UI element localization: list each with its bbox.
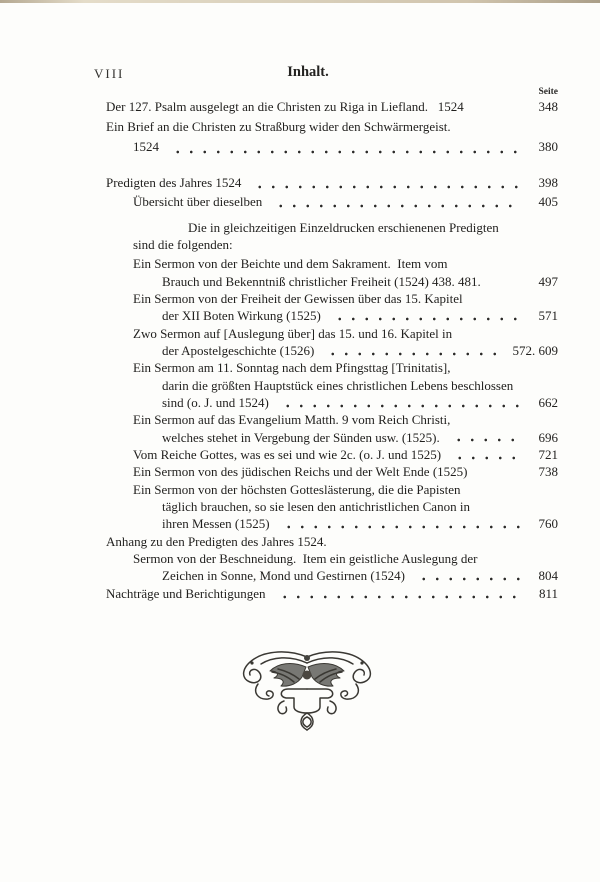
- toc-line-text: Ein Sermon auf das Evangelium Matth. 9 v…: [133, 411, 558, 428]
- toc-section: Der 127. Psalm ausgelegt an die Christen…: [106, 97, 558, 157]
- toc-page-number: 760: [530, 515, 558, 532]
- toc-line-text: Zwo Sermon auf [Auslegung über] das 15. …: [133, 325, 558, 342]
- toc-line: Ein Brief an die Christen zu Straßburg w…: [106, 117, 558, 137]
- toc-line: Ein Sermon von des jüdischen Reichs und …: [106, 463, 558, 480]
- toc-line: Anhang zu den Predigten des Jahres 1524.: [106, 533, 558, 550]
- toc-line-text: Der 127. Psalm ausgelegt an die Christen…: [106, 97, 514, 117]
- toc-page-number: 380: [530, 137, 558, 157]
- toc-page-number: 804: [530, 567, 558, 584]
- toc-line-text: Ein Brief an die Christen zu Straßburg w…: [106, 117, 558, 137]
- dot-leader: [276, 585, 522, 602]
- toc-line-text: sind (o. J. und 1524): [162, 394, 269, 411]
- toc-line: Die in gleichzeitigen Einzeldrucken ersc…: [106, 220, 558, 237]
- toc-line: Brauch und Bekenntniß christlicher Freih…: [106, 273, 558, 290]
- page-title: Inhalt.: [8, 64, 600, 81]
- toc-page-number: 721: [530, 446, 558, 463]
- toc-line: täglich brauchen, so sie lesen den antic…: [106, 498, 558, 515]
- toc-line: welches stehet in Vergebung der Sünden u…: [106, 429, 558, 446]
- toc-line: sind (o. J. und 1524)662: [106, 394, 558, 411]
- dot-leader: [450, 429, 522, 446]
- toc-page-number: 572. 609: [513, 342, 559, 359]
- scan-edge-artifact: [0, 0, 600, 3]
- toc-section: Ein Sermon von der Beichte und dem Sakra…: [106, 255, 558, 602]
- toc-line-text: Ein Sermon von der Beichte und dem Sakra…: [133, 255, 558, 272]
- toc-line-text: Vom Reiche Gottes, was es sei und wie 2c…: [133, 446, 441, 463]
- toc-line: Ein Sermon von der höchsten Gottesläster…: [106, 481, 558, 498]
- toc-line: Sermon von der Beschneidung. Item ein ge…: [106, 550, 558, 567]
- dot-leader: [272, 193, 522, 212]
- page-column-label: Seite: [538, 87, 558, 97]
- toc-line: Nachträge und Berichtigungen811: [106, 585, 558, 602]
- toc-page-number: 811: [530, 585, 558, 602]
- toc-line-text: sind die folgenden:: [133, 237, 233, 254]
- toc-line: der XII Boten Wirkung (1525)571: [106, 307, 558, 324]
- toc-line: der Apostelgeschichte (1526)572. 609: [106, 342, 558, 359]
- toc-line: Übersicht über dieselben405: [106, 193, 558, 212]
- dot-leader: [451, 446, 522, 463]
- dot-leader: [169, 137, 522, 157]
- toc-line: Ein Sermon am 11. Sonntag nach dem Pfing…: [106, 359, 558, 376]
- dot-leader: [279, 394, 522, 411]
- toc-line-text: Übersicht über dieselben: [133, 193, 262, 212]
- toc-page-number: 738: [530, 463, 558, 480]
- toc-line: Zwo Sermon auf [Auslegung über] das 15. …: [106, 325, 558, 342]
- toc-line-text: 1524: [133, 137, 159, 157]
- toc-line-text: Predigten des Jahres 1524: [106, 174, 241, 193]
- tailpiece-ornament-icon: [228, 645, 386, 731]
- toc-line: Ein Sermon auf das Evangelium Matth. 9 v…: [106, 411, 558, 428]
- toc-line: ihren Messen (1525)760: [106, 515, 558, 532]
- dot-leader: [415, 567, 522, 584]
- toc-page-number: 348: [530, 97, 558, 117]
- toc-line-text: Ein Sermon am 11. Sonntag nach dem Pfing…: [133, 359, 558, 376]
- toc-line-text: täglich brauchen, so sie lesen den antic…: [162, 498, 558, 515]
- toc-line: sind die folgenden:: [106, 237, 558, 254]
- toc-line-text: darin die größten Hauptstück eines chris…: [162, 377, 558, 394]
- dot-leader: [324, 342, 504, 359]
- toc-section: Predigten des Jahres 1524398Übersicht üb…: [106, 174, 558, 211]
- scanned-book-page: VIII Inhalt. Seite Der 127. Psalm ausgel…: [0, 0, 600, 882]
- dot-leader: [331, 307, 522, 324]
- toc-line: Ein Sermon von der Beichte und dem Sakra…: [106, 255, 558, 272]
- toc-line-text: Sermon von der Beschneidung. Item ein ge…: [133, 550, 558, 567]
- toc-line-text: Ein Sermon von der Freiheit der Gewissen…: [133, 290, 558, 307]
- toc-line-text: Zeichen in Sonne, Mond und Gestirnen (15…: [162, 567, 405, 584]
- dot-leader: [280, 515, 522, 532]
- toc-page-number: 662: [530, 394, 558, 411]
- toc-line-text: Ein Sermon von des jüdischen Reichs und …: [133, 463, 514, 480]
- toc: Der 127. Psalm ausgelegt an die Christen…: [106, 97, 558, 602]
- toc-line: Ein Sermon von der Freiheit der Gewissen…: [106, 290, 558, 307]
- toc-section: Die in gleichzeitigen Einzeldrucken ersc…: [106, 220, 558, 253]
- toc-line-text: Anhang zu den Predigten des Jahres 1524.: [106, 533, 327, 550]
- toc-line: Zeichen in Sonne, Mond und Gestirnen (15…: [106, 567, 558, 584]
- toc-page-number: 571: [530, 307, 558, 324]
- toc-line-text: Nachträge und Berichtigungen: [106, 585, 266, 602]
- toc-line-text: Brauch und Bekenntniß christlicher Freih…: [162, 273, 514, 290]
- toc-line: darin die größten Hauptstück eines chris…: [106, 377, 558, 394]
- toc-page-number: 497: [530, 273, 558, 290]
- toc-line-text: welches stehet in Vergebung der Sünden u…: [162, 429, 440, 446]
- toc-line-text: ihren Messen (1525): [162, 515, 270, 532]
- toc-line-text: Ein Sermon von der höchsten Gottesläster…: [133, 481, 558, 498]
- toc-line: Der 127. Psalm ausgelegt an die Christen…: [106, 97, 558, 117]
- toc-page-number: 398: [530, 174, 558, 193]
- toc-page-number: 405: [530, 193, 558, 212]
- toc-line: Predigten des Jahres 1524398: [106, 174, 558, 193]
- toc-page-number: 696: [530, 429, 558, 446]
- dot-leader: [251, 174, 522, 193]
- toc-line-text: der XII Boten Wirkung (1525): [162, 307, 321, 324]
- toc-line-text: Die in gleichzeitigen Einzeldrucken ersc…: [188, 220, 558, 237]
- toc-line: Vom Reiche Gottes, was es sei und wie 2c…: [106, 446, 558, 463]
- toc-line-text: der Apostelgeschichte (1526): [162, 342, 314, 359]
- toc-line: 1524380: [106, 137, 558, 157]
